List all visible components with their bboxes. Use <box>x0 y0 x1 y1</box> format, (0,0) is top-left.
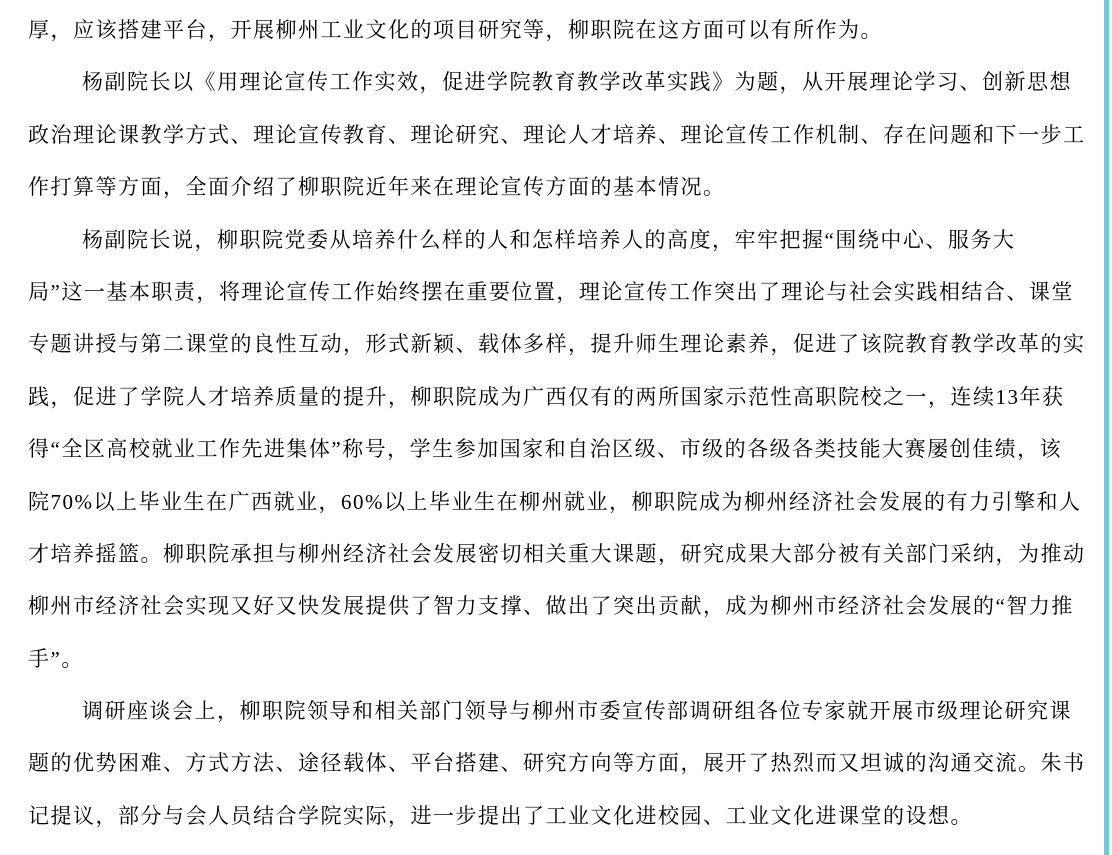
text-line: 作打算等方面，全面介绍了柳职院近年来在理论宣传方面的基本情况。 <box>28 161 1104 213</box>
text-line: 记提议，部分与会人员结合学院实际，进一步提出了工业文化进校园、工业文化进课堂的设… <box>28 790 1104 842</box>
text-line: 杨副院长说，柳职院党委从培养什么样的人和怎样培养人的高度，牢牢把握“围绕中心、服… <box>28 214 1104 266</box>
text-line: 践，促进了学院人才培养质量的提升，柳职院成为广西仅有的两所国家示范性高职院校之一… <box>28 371 1104 423</box>
text-line: 杨副院长以《用理论宣传工作实效，促进学院教育教学改革实践》为题，从开展理论学习、… <box>28 56 1104 108</box>
text-line: 局”这一基本职责，将理论宣传工作始终摆在重要位置，理论宣传工作突出了理论与社会实… <box>28 266 1104 318</box>
text-line: 调研座谈会上，柳职院领导和相关部门领导与柳州市委宣传部调研组各位专家就开展市级理… <box>28 685 1104 737</box>
text-line: 政治理论课教学方式、理论宣传教育、理论研究、理论人才培养、理论宣传工作机制、存在… <box>28 109 1104 161</box>
article-body: 厚，应该搭建平台，开展柳州工业文化的项目研究等，柳职院在这方面可以有所作为。 杨… <box>0 0 1104 842</box>
text-line: 柳州市经济社会实现又好又快发展提供了智力支撑、做出了突出贡献，成为柳州市经济社会… <box>28 580 1104 632</box>
text-line: 厚，应该搭建平台，开展柳州工业文化的项目研究等，柳职院在这方面可以有所作为。 <box>28 4 1104 56</box>
page-border-right <box>1104 0 1109 855</box>
text-line: 手”。 <box>28 633 1104 685</box>
text-line: 才培养摇篮。柳职院承担与柳州经济社会发展密切相关重大课题，研究成果大部分被有关部… <box>28 528 1104 580</box>
text-line: 专题讲授与第二课堂的良性互动，形式新颖、载体多样，提升师生理论素养，促进了该院教… <box>28 318 1104 370</box>
text-line: 题的优势困难、方式方法、途径载体、平台搭建、研究方向等方面，展开了热烈而又坦诚的… <box>28 737 1104 789</box>
text-line: 得“全区高校就业工作先进集体”称号，学生参加国家和自治区级、市级的各级各类技能大… <box>28 423 1104 475</box>
text-line: 院70%以上毕业生在广西就业，60%以上毕业生在柳州就业，柳职院成为柳州经济社会… <box>28 476 1104 528</box>
